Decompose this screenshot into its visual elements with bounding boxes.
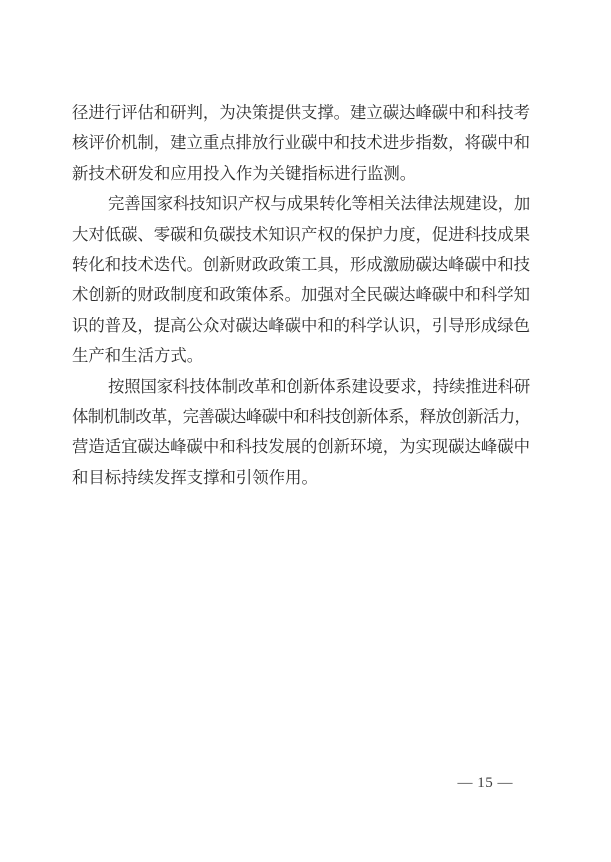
text-line: 径进行评估和研判，为决策提供支撑。建立碳达峰碳中和科技考 xyxy=(72,98,530,128)
text-line: 按照国家科技体制改革和创新体系建设要求，持续推进科研 xyxy=(72,372,530,402)
text-line: 完善国家科技知识产权与成果转化等相关法律法规建设，加 xyxy=(72,189,530,219)
text-line: 核评价机制，建立重点排放行业碳中和技术进步指数，将碳中和 xyxy=(72,128,530,158)
text-line: 转化和技术迭代。创新财政政策工具，形成激励碳达峰碳中和技 xyxy=(72,250,530,280)
text-line: 体制机制改革，完善碳达峰碳中和科技创新体系，释放创新活力， xyxy=(72,402,530,432)
page-number: — 15 — xyxy=(458,772,514,794)
text-line: 和目标持续发挥支撑和引领作用。 xyxy=(72,463,530,493)
text-line: 营造适宜碳达峰碳中和科技发展的创新环境，为实现碳达峰碳中 xyxy=(72,432,530,462)
text-line: 术创新的财政制度和政策体系。加强对全民碳达峰碳中和科学知 xyxy=(72,280,530,310)
text-line: 生产和生活方式。 xyxy=(72,341,530,371)
body-text: 径进行评估和研判，为决策提供支撑。建立碳达峰碳中和科技考核评价机制，建立重点排放… xyxy=(72,98,530,493)
text-line: 大对低碳、零碳和负碳技术知识产权的保护力度，促进科技成果 xyxy=(72,220,530,250)
text-line: 识的普及，提高公众对碳达峰碳中和的科学认识，引导形成绿色 xyxy=(72,311,530,341)
text-line: 新技术研发和应用投入作为关键指标进行监测。 xyxy=(72,159,530,189)
document-page: 径进行评估和研判，为决策提供支撑。建立碳达峰碳中和科技考核评价机制，建立重点排放… xyxy=(0,0,611,862)
